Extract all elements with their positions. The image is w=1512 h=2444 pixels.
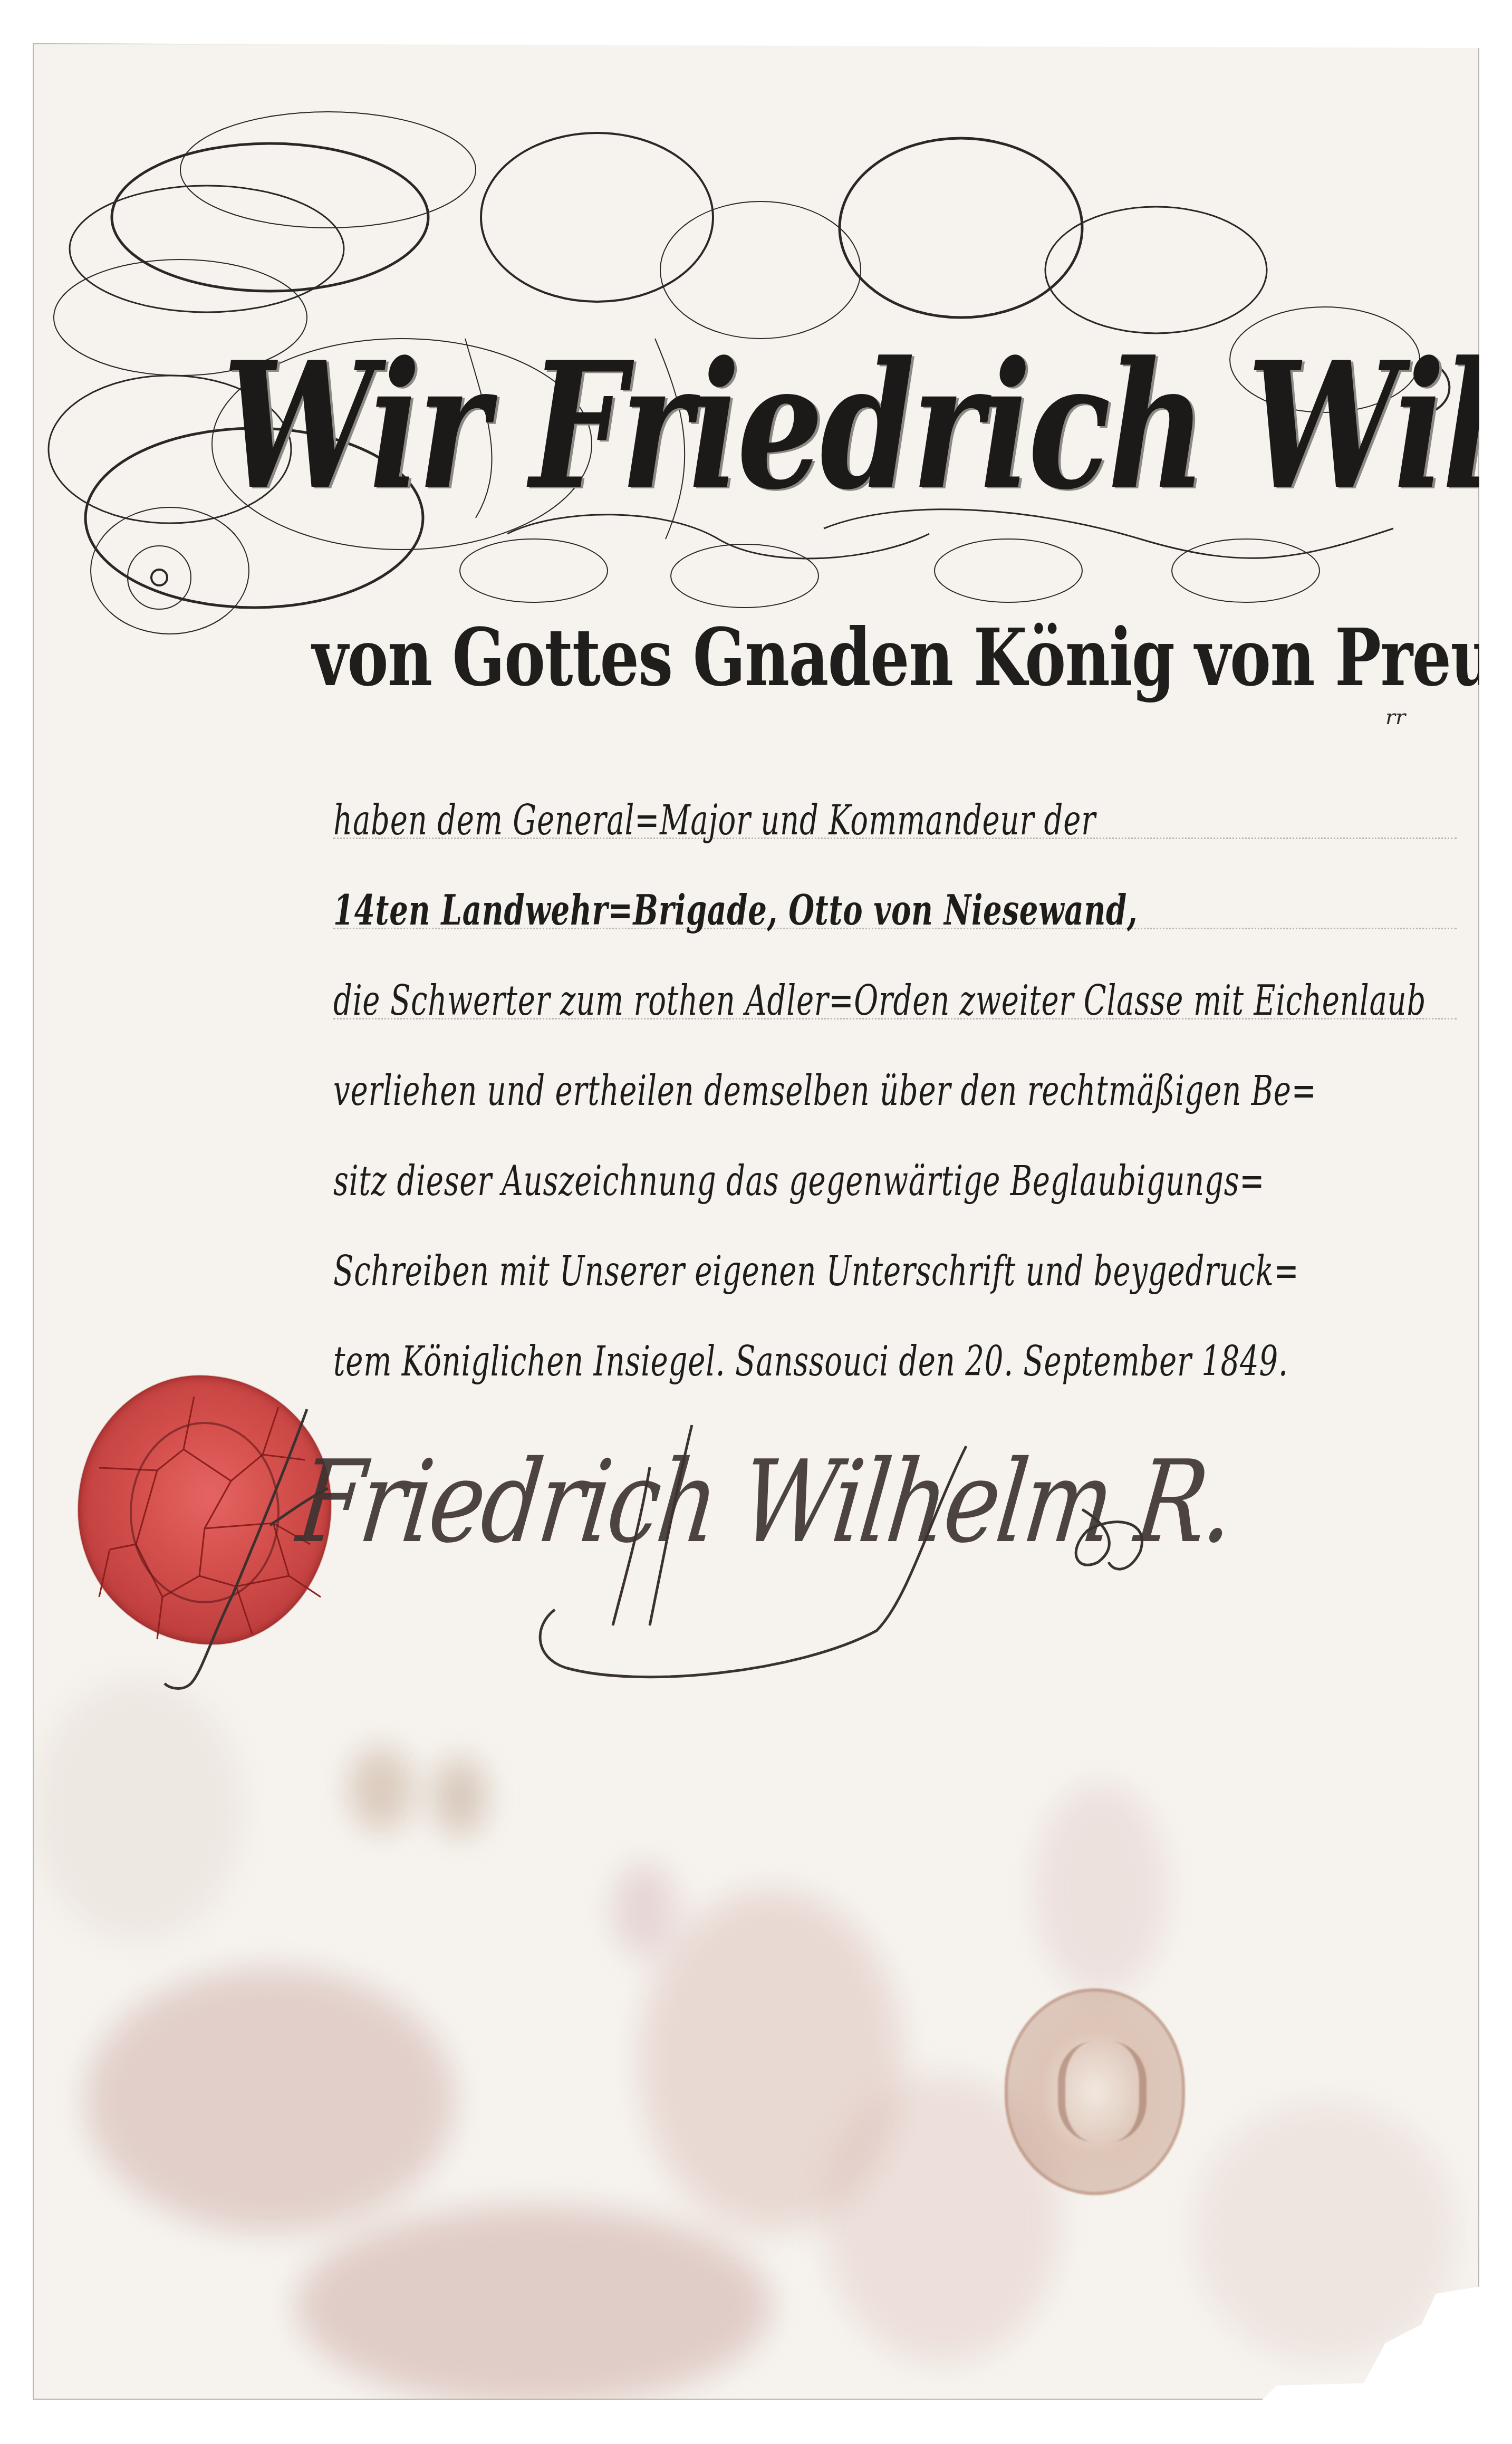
embossed-stamp-impression	[1005, 1988, 1185, 2195]
body-line-text: haben dem General=Major und Kommandeur d…	[333, 800, 1096, 861]
body-line: haben dem General=Major und Kommandeur d…	[333, 771, 1457, 861]
stain	[613, 1863, 676, 1958]
body-line-text: die Schwerter zum rothen Adler=Orden zwe…	[333, 980, 1426, 1042]
royal-signature: Friedrich Wilhelm R.	[292, 1436, 1239, 1568]
body-line-text: tem Königlichen Insiegel. Sanssouci den …	[333, 1341, 1288, 1402]
wax-seal	[78, 1375, 331, 1644]
body-line: Schreiben mit Unserer eigenen Unterschri…	[333, 1222, 1457, 1312]
stain	[434, 1757, 486, 1836]
subtitle-etc-mark: rr	[1385, 705, 1405, 729]
document-subtitle: von Gottes Gnaden König von Preußen	[312, 618, 1479, 697]
document-title: Wir Friedrich Wilhelm,	[223, 339, 1169, 513]
stain	[33, 1678, 244, 1942]
body-line-text: verliehen und ertheilen demselben über d…	[333, 1071, 1316, 1132]
stain	[1193, 2100, 1457, 2364]
body-line: tem Königlichen Insiegel. Sanssouci den …	[333, 1312, 1457, 1402]
body-line-text: 14ten Landwehr=Brigade, Otto von Niesewa…	[333, 890, 1138, 951]
stain	[85, 1968, 455, 2232]
document-body: haben dem General=Major und Kommandeur d…	[333, 771, 1457, 1402]
stamp-emblem-icon	[1058, 2042, 1147, 2142]
document-paper: Wir Friedrich Wilhelm, von Gottes Gnaden…	[33, 43, 1479, 2400]
stain	[639, 1889, 903, 2232]
stain	[1035, 1784, 1167, 1995]
seal-cracks-icon	[78, 1375, 331, 1644]
body-line-text: Schreiben mit Unserer eigenen Unterschri…	[333, 1251, 1299, 1312]
body-line-text: sitz dieser Auszeichnung das gegenwärtig…	[333, 1161, 1265, 1222]
body-line: sitz dieser Auszeichnung das gegenwärtig…	[333, 1132, 1457, 1222]
body-line: die Schwerter zum rothen Adler=Orden zwe…	[333, 951, 1457, 1042]
stain	[296, 2206, 771, 2400]
stain	[349, 1747, 412, 1831]
body-line: verliehen und ertheilen demselben über d…	[333, 1042, 1457, 1132]
body-line: 14ten Landwehr=Brigade, Otto von Niesewa…	[333, 861, 1457, 951]
